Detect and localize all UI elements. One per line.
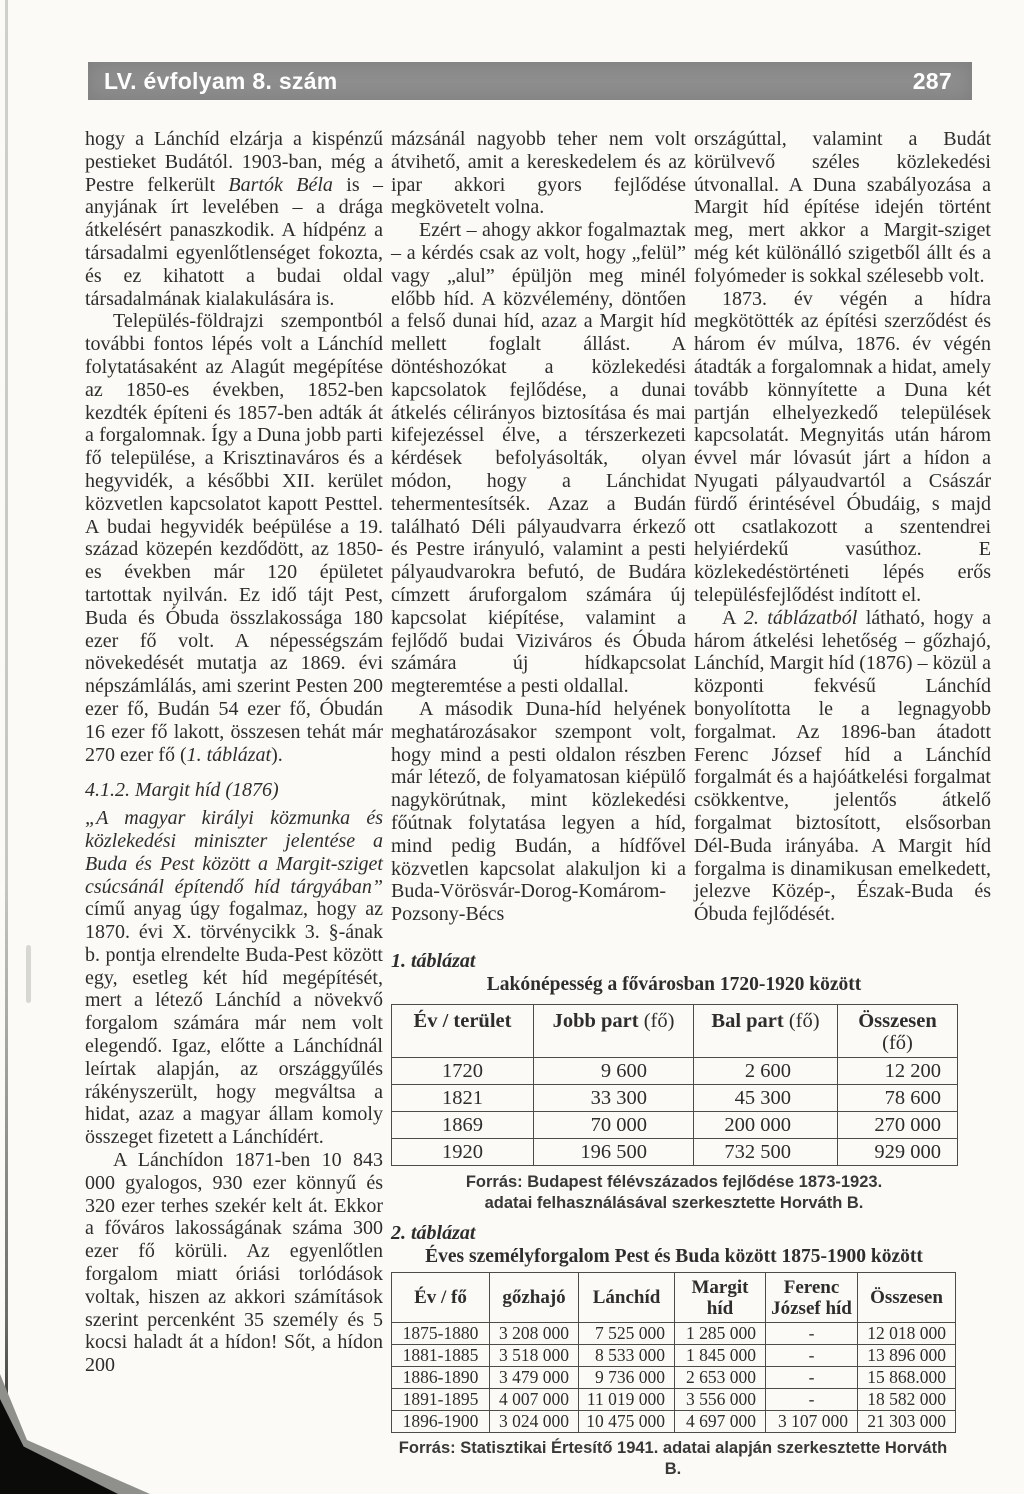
body-text: A bbox=[722, 607, 744, 629]
column-header: Margit híd bbox=[675, 1273, 766, 1323]
text-column-2: mázsánál nagyobb teher nem volt átvihető… bbox=[391, 128, 686, 926]
body-text: 1873. év végén a hídra megkötötték az ép… bbox=[694, 288, 991, 606]
table-cell: 15 868.000 bbox=[858, 1367, 956, 1389]
table-cell: 12 200 bbox=[838, 1058, 958, 1085]
table-cell: 78 600 bbox=[838, 1085, 958, 1112]
column-header: Ferenc József híd bbox=[766, 1273, 858, 1323]
paragraph: 1873. év végén a hídra megkötötték az ép… bbox=[694, 288, 991, 607]
table-row: 1920196 500732 500929 000 bbox=[392, 1139, 958, 1166]
table-cell: 10 475 000 bbox=[579, 1411, 675, 1433]
scan-edge-artifact bbox=[5, 0, 8, 1470]
table-row: 1891-18954 007 00011 019 0003 556 000-18… bbox=[392, 1389, 956, 1411]
table-cell: - bbox=[766, 1389, 858, 1411]
table-cell: 732 500 bbox=[694, 1139, 838, 1166]
paragraph: „A magyar királyi közmunka és közlekedés… bbox=[85, 807, 383, 1149]
table-cell: 1896-1900 bbox=[392, 1411, 490, 1433]
table1-label: 1. táblázat bbox=[391, 950, 977, 972]
table-cell: 1891-1895 bbox=[392, 1389, 490, 1411]
table-cell: 21 303 000 bbox=[858, 1411, 956, 1433]
column-header: Bal part (fő) bbox=[694, 1005, 838, 1058]
text-column-1: hogy a Lánchíd elzárja a kispénzű pestie… bbox=[85, 128, 383, 1377]
body-text: ). bbox=[271, 744, 283, 766]
table-cell: 1 285 000 bbox=[675, 1323, 766, 1345]
table-cell: 70 000 bbox=[534, 1112, 694, 1139]
body-text: látható, hogy a három átkelési lehetőség… bbox=[694, 607, 991, 925]
table-row: 182133 30045 30078 600 bbox=[392, 1085, 958, 1112]
paragraph: A Lánchídon 1871-ben 10 843 000 gyalogos… bbox=[85, 1149, 383, 1377]
table-cell: 196 500 bbox=[534, 1139, 694, 1166]
table-cell: 1920 bbox=[392, 1139, 534, 1166]
table-cell: 12 018 000 bbox=[858, 1323, 956, 1345]
table-cell: - bbox=[766, 1367, 858, 1389]
table-cell: 3 479 000 bbox=[490, 1367, 579, 1389]
table1-title: Lakónépesség a fővárosban 1720-1920 közö… bbox=[391, 974, 957, 996]
italic-text: Bartók Béla bbox=[228, 174, 332, 196]
table-cell: 9 600 bbox=[534, 1058, 694, 1085]
table-cell: 3 107 000 bbox=[766, 1411, 858, 1433]
column-header: Év / fő bbox=[392, 1273, 490, 1323]
table-row: 1875-18803 208 0007 525 0001 285 000-12 … bbox=[392, 1323, 956, 1345]
body-text: Település-földrajzi szempontból további … bbox=[85, 310, 383, 765]
table-cell: 1821 bbox=[392, 1085, 534, 1112]
population-table: Év / területJobb part (fő)Bal part (fő)Ö… bbox=[391, 1004, 958, 1166]
header-row: Év / főgőzhajóLánchídMargit hídFerenc Jó… bbox=[392, 1273, 956, 1323]
table-cell: 3 556 000 bbox=[675, 1389, 766, 1411]
table-cell: 9 736 000 bbox=[579, 1367, 675, 1389]
scanned-journal-page: LV. évfolyam 8. szám 287 hogy a Lánchíd … bbox=[0, 0, 1024, 1494]
table1-source-line1: Forrás: Budapest félévszázados fejlődése… bbox=[466, 1173, 882, 1191]
table-row: 1886-18903 479 0009 736 0002 653 000-15 … bbox=[392, 1367, 956, 1389]
table-cell: 4 697 000 bbox=[675, 1411, 766, 1433]
table-cell: 4 007 000 bbox=[490, 1389, 579, 1411]
table-cell: 2 600 bbox=[694, 1058, 838, 1085]
table-cell: 18 582 000 bbox=[858, 1389, 956, 1411]
column-header: Összesen(fő) bbox=[838, 1005, 958, 1058]
table-cell: 1869 bbox=[392, 1112, 534, 1139]
journal-header-bar: LV. évfolyam 8. szám 287 bbox=[88, 62, 972, 100]
body-text: mázsánál nagyobb teher nem volt átvihető… bbox=[391, 128, 686, 218]
italic-text: „A magyar királyi közmunka és közlekedés… bbox=[85, 807, 383, 897]
journal-issue-label: LV. évfolyam 8. szám bbox=[104, 68, 338, 95]
table-cell: 3 208 000 bbox=[490, 1323, 579, 1345]
paragraph: mázsánál nagyobb teher nem volt átvihető… bbox=[391, 128, 686, 219]
column-header: Év / terület bbox=[392, 1005, 534, 1058]
paragraph: Település-földrajzi szempontból további … bbox=[85, 310, 383, 766]
table-cell: 2 653 000 bbox=[675, 1367, 766, 1389]
table-cell: - bbox=[766, 1345, 858, 1367]
table-cell: 270 000 bbox=[838, 1112, 958, 1139]
paragraph: országúttal, valamint a Budát körülvevő … bbox=[694, 128, 991, 288]
paragraph: A 2. táblázatból látható, hogy a három á… bbox=[694, 607, 991, 926]
body-text: Ezért – ahogy akkor fogalmaztak – a kérd… bbox=[391, 219, 686, 697]
table-cell: 3 518 000 bbox=[490, 1345, 579, 1367]
tables-area: 1. táblázat Lakónépesség a fővárosban 17… bbox=[391, 950, 977, 1480]
table1-source: Forrás: Budapest félévszázados fejlődése… bbox=[391, 1172, 957, 1214]
body-text: A Lánchídon 1871-ben 10 843 000 gyalogos… bbox=[85, 1149, 383, 1376]
table-cell: 1875-1880 bbox=[392, 1323, 490, 1345]
table-row: 1896-19003 024 00010 475 0004 697 0003 1… bbox=[392, 1411, 956, 1433]
table-row: 186970 000200 000270 000 bbox=[392, 1112, 958, 1139]
table-row: 17209 6002 60012 200 bbox=[392, 1058, 958, 1085]
body-text: 4.1.2. Margit híd (1876) bbox=[85, 779, 279, 801]
column-header: gőzhajó bbox=[490, 1273, 579, 1323]
table-cell: 33 300 bbox=[534, 1085, 694, 1112]
table-cell: 200 000 bbox=[694, 1112, 838, 1139]
table-cell: 929 000 bbox=[838, 1139, 958, 1166]
table-cell: 3 024 000 bbox=[490, 1411, 579, 1433]
header-row: Év / területJobb part (fő)Bal part (fő)Ö… bbox=[392, 1005, 958, 1058]
table-cell: 11 019 000 bbox=[579, 1389, 675, 1411]
table-cell: 45 300 bbox=[694, 1085, 838, 1112]
table-cell: - bbox=[766, 1323, 858, 1345]
table-row: 1881-18853 518 0008 533 0001 845 000-13 … bbox=[392, 1345, 956, 1367]
table-cell: 13 896 000 bbox=[858, 1345, 956, 1367]
body-text: című anyag úgy fogalmaz, hogy az 1870. é… bbox=[85, 898, 383, 1148]
table2-label: 2. táblázat bbox=[391, 1222, 977, 1244]
body-text: országúttal, valamint a Budát körülvevő … bbox=[694, 128, 991, 287]
italic-text: 2. táblázatból bbox=[744, 607, 857, 629]
paragraph: hogy a Lánchíd elzárja a kispénzű pestie… bbox=[85, 128, 383, 310]
table2-source: Forrás: Statisztikai Értesítő 1941. adat… bbox=[391, 1438, 955, 1480]
table2-title: Éves személyforgalom Pest és Buda között… bbox=[391, 1246, 957, 1268]
paragraph: A második Duna-híd helyének meghatározás… bbox=[391, 698, 686, 926]
page-number: 287 bbox=[913, 68, 952, 95]
spacer bbox=[391, 1214, 977, 1222]
section-heading: 4.1.2. Margit híd (1876) bbox=[85, 779, 383, 802]
italic-text: 1. táblázat bbox=[187, 744, 271, 766]
table-cell: 7 525 000 bbox=[579, 1323, 675, 1345]
scan-streak-artifact bbox=[26, 945, 31, 1003]
table1-source-line2: adatai felhasználásával szerkesztette Ho… bbox=[485, 1194, 864, 1212]
column-header: Lánchíd bbox=[579, 1273, 675, 1323]
table-cell: 1881-1885 bbox=[392, 1345, 490, 1367]
table-cell: 1886-1890 bbox=[392, 1367, 490, 1389]
table-cell: 1720 bbox=[392, 1058, 534, 1085]
body-text: A második Duna-híd helyének meghatározás… bbox=[391, 698, 686, 925]
table-cell: 8 533 000 bbox=[579, 1345, 675, 1367]
column-header: Összesen bbox=[858, 1273, 956, 1323]
traffic-table: Év / főgőzhajóLánchídMargit hídFerenc Jó… bbox=[391, 1272, 956, 1433]
table-cell: 1 845 000 bbox=[675, 1345, 766, 1367]
column-header: Jobb part (fő) bbox=[534, 1005, 694, 1058]
text-column-3: országúttal, valamint a Budát körülvevő … bbox=[694, 128, 991, 926]
paragraph: Ezért – ahogy akkor fogalmaztak – a kérd… bbox=[391, 219, 686, 698]
